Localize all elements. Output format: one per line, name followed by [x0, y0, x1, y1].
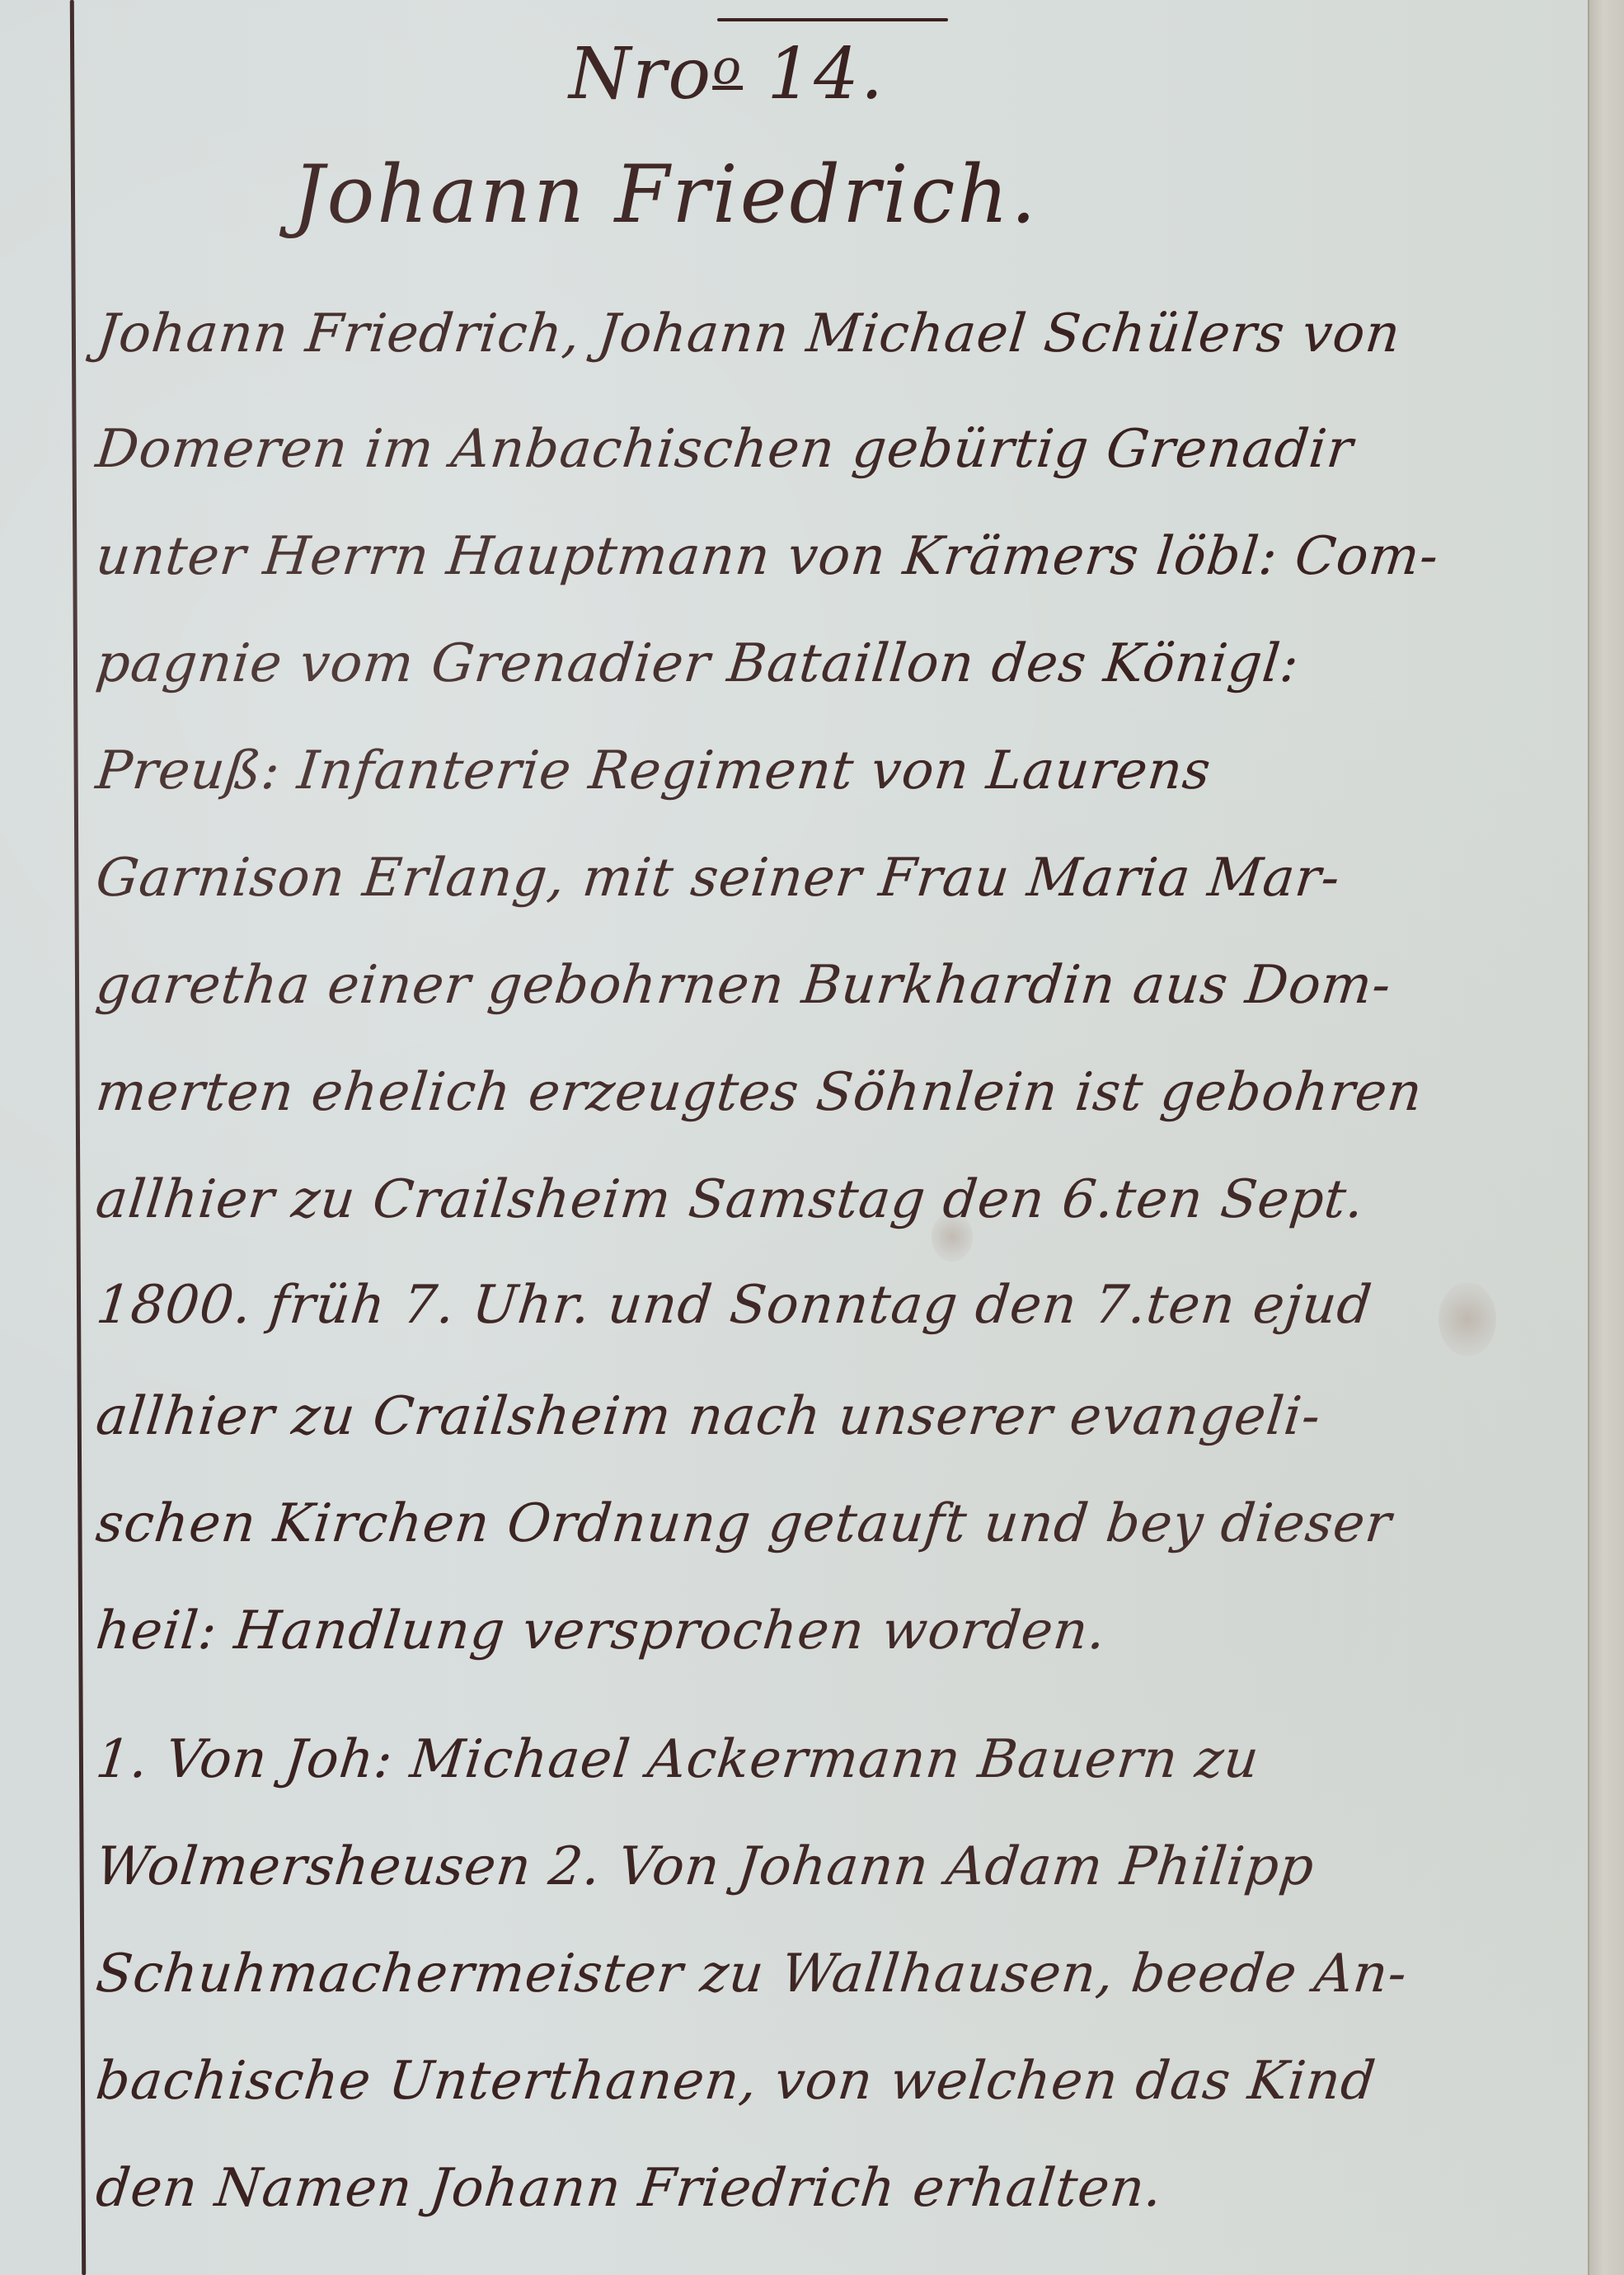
margin-rule-line	[70, 0, 86, 2275]
body-line: Preuß: Infanterie Regiment von Laurens	[91, 717, 1570, 825]
sponsor-line: bachische Unterthanen, von welchen das K…	[91, 2028, 1570, 2135]
body-line: pagnie vom Grenadier Bataillon des König…	[91, 610, 1570, 717]
entry-title: Johann Friedrich.	[293, 148, 1039, 241]
body-line: heil: Handlung versprochen worden.	[91, 1577, 1570, 1685]
sponsor-line: Wolmersheusen 2. Von Johann Adam Philipp	[91, 1813, 1570, 1920]
sponsor-line: den Namen Johann Friedrich erhalten.	[91, 2135, 1570, 2242]
body-line: unter Herrn Hauptmann von Krämers löbl: …	[91, 503, 1570, 610]
body-line: schen Kirchen Ordnung getauft und bey di…	[91, 1470, 1570, 1577]
body-line: garetha einer gebohrnen Burkhardin aus D…	[91, 932, 1570, 1039]
register-page: Nroo 14. Johann Friedrich. Johann Friedr…	[0, 0, 1591, 2275]
body-line: merten ehelich erzeugtes Söhnlein ist ge…	[91, 1039, 1570, 1146]
decorative-overline	[717, 18, 948, 21]
sponsor-line: 1. Von Joh: Michael Ackermann Bauern zu	[91, 1706, 1570, 1813]
adjacent-page-edge	[1588, 0, 1624, 2275]
ink-stain	[1439, 1282, 1496, 1356]
ink-stain	[932, 1212, 973, 1262]
body-line-birth-date: allhier zu Crailsheim Samstag den 6.ten …	[91, 1146, 1569, 1252]
entry-number-prefix: Nro	[569, 33, 712, 115]
body-line: allhier zu Crailsheim nach unserer evang…	[91, 1363, 1570, 1470]
body-line: Garnison Erlang, mit seiner Frau Maria M…	[91, 825, 1570, 932]
sponsor-line: Schuhmachermeister zu Wallhausen, beede …	[91, 1920, 1570, 2028]
entry-number-value: 14.	[767, 33, 885, 115]
body-line: Domeren im Anbachischen gebürtig Grenadi…	[91, 396, 1570, 503]
body-line-baptism-date: 1800. früh 7. Uhr. und Sonntag den 7.ten…	[91, 1252, 1570, 1363]
entry-number: Nroo 14.	[569, 33, 885, 115]
body-line: Johann Friedrich, Johann Michael Schüler…	[91, 280, 1570, 396]
entry-body: Johann Friedrich, Johann Michael Schüler…	[91, 280, 1558, 2242]
